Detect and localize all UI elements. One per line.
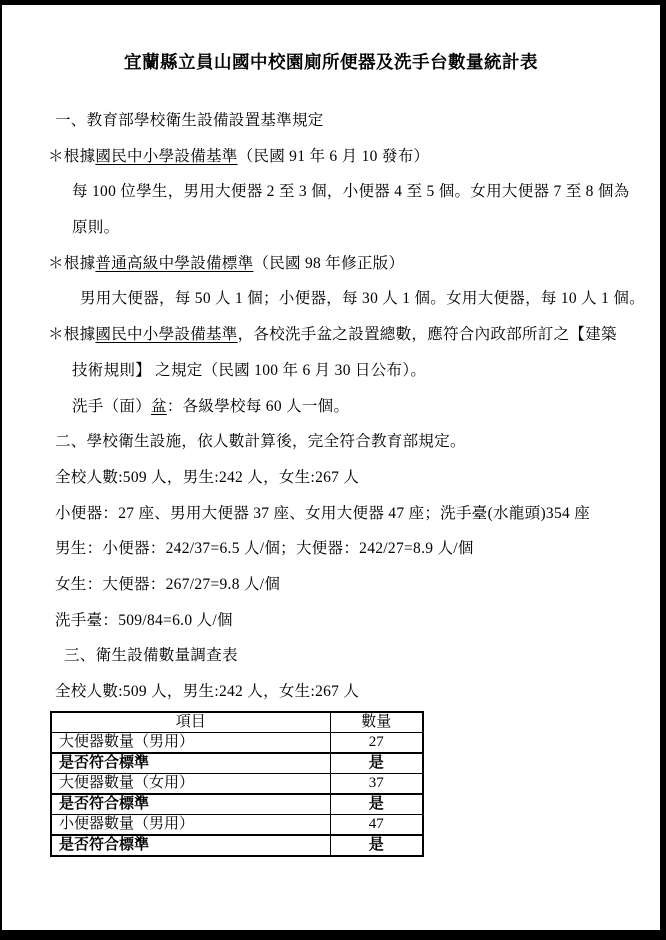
ratio-sink-segment-0: 洗手臺：509/84=6.0 人/個 xyxy=(55,612,233,629)
table-header-quantity: 數量 xyxy=(330,712,423,733)
table-row: 大便器數量（女用）37 xyxy=(51,773,423,794)
table-row: 是否符合標準是 xyxy=(51,835,423,856)
rule-3-source: ＊根據國民中小學設備基準，各校洗手盆之設置總數，應符合內政部所訂之【建築 xyxy=(2,317,660,353)
body-text-block: 一、教育部學校衛生設備設置基準規定＊根據國民中小學設備基準（民國 91 年 6 … xyxy=(2,103,660,710)
ratio-female-segment-0: 女生：大便器：267/27=9.8 人/個 xyxy=(55,576,280,593)
enrollment-summary-1: 全校人數:509 人，男生:242 人，女生:267 人 xyxy=(2,460,660,496)
table-row: 小便器數量（男用）47 xyxy=(51,814,423,835)
table-cell-item: 是否符合標準 xyxy=(51,794,330,815)
table-cell-quantity: 47 xyxy=(330,814,423,835)
sanitary-equipment-table: 項目 數量 大便器數量（男用）27是否符合標準是大便器數量（女用）37是否符合標… xyxy=(50,711,424,857)
rule-1-source-segment-2: （民國 91 年 6 月 10 發布） xyxy=(238,148,430,165)
section-2-heading: 二、學校衛生設施，依人數計算後，完全符合教育部規定。 xyxy=(2,424,660,460)
rule-2-source-segment-2: （民國 98 年修正版） xyxy=(253,255,404,272)
section-1-heading: 一、教育部學校衛生設備設置基準規定 xyxy=(2,103,660,139)
rule-1-detail-b-segment-0: 原則。 xyxy=(72,219,119,236)
page-title: 宜蘭縣立員山國中校園廁所便器及洗手台數量統計表 xyxy=(2,49,660,75)
enrollment-summary-1-segment-0: 全校人數:509 人，男生:242 人，女生:267 人 xyxy=(55,469,359,486)
table-cell-quantity: 是 xyxy=(330,794,423,815)
section-3-heading-segment-0: 三、衛生設備數量調查表 xyxy=(64,647,238,664)
rule-2-detail-segment-0: 男用大便器，每 50 人 1 個；小便器，每 30 人 1 個。女用大便器，每 … xyxy=(80,290,645,307)
table-cell-quantity: 37 xyxy=(330,773,423,794)
rule-1-source-segment-1: 國民中小學設備基準 xyxy=(95,148,237,165)
rule-3-detail-b-segment-2: ：各級學校每 60 人一個。 xyxy=(167,398,349,415)
section-2-heading-segment-0: 二、學校衛生設施，依人數計算後，完全符合教育部規定。 xyxy=(55,433,466,450)
enrollment-summary-2: 全校人數:509 人，男生:242 人，女生:267 人 xyxy=(2,674,660,710)
ratio-female: 女生：大便器：267/27=9.8 人/個 xyxy=(2,567,660,603)
table-row: 是否符合標準是 xyxy=(51,794,423,815)
rule-3-source-segment-0: ＊根據 xyxy=(48,326,95,343)
rule-3-source-segment-2: ，各校洗手盆之設置總數，應符合內政部所訂之【建築 xyxy=(238,326,617,343)
rule-3-detail-a-segment-0: 技術規則】 之規定（民國 100 年 6 月 30 日公布）。 xyxy=(72,362,426,379)
table-row: 是否符合標準是 xyxy=(51,753,423,774)
rule-3-detail-b: 洗手（面）盆：各級學校每 60 人一個。 xyxy=(2,389,660,425)
rule-2-detail: 男用大便器，每 50 人 1 個；小便器，每 30 人 1 個。女用大便器，每 … xyxy=(2,281,660,317)
rule-1-source-segment-0: ＊根據 xyxy=(48,148,95,165)
rule-2-source-segment-1: 普通高級中學設備標準 xyxy=(95,255,253,272)
table-cell-quantity: 是 xyxy=(330,753,423,774)
table-cell-quantity: 是 xyxy=(330,835,423,856)
document-page: 宜蘭縣立員山國中校園廁所便器及洗手台數量統計表 一、教育部學校衛生設備設置基準規… xyxy=(0,0,666,940)
section-3-heading: 三、衛生設備數量調查表 xyxy=(2,638,660,674)
fixture-counts: 小便器：27 座、男用大便器 37 座、女用大便器 47 座；洗手臺(水龍頭)3… xyxy=(2,496,660,532)
table-header-item: 項目 xyxy=(51,712,330,733)
table-cell-item: 大便器數量（女用） xyxy=(51,773,330,794)
rule-2-source: ＊根據普通高級中學設備標準（民國 98 年修正版） xyxy=(2,246,660,282)
rule-3-source-segment-1: 國民中小學設備基準 xyxy=(95,326,237,343)
rule-1-detail-a-segment-0: 每 100 位學生，男用大便器 2 至 3 個，小便器 4 至 5 個。女用大便… xyxy=(72,183,630,200)
section-1-heading-segment-0: 一、教育部學校衛生設備設置基準規定 xyxy=(55,112,324,129)
fixture-counts-segment-0: 小便器：27 座、男用大便器 37 座、女用大便器 47 座；洗手臺(水龍頭)3… xyxy=(55,505,590,522)
enrollment-summary-2-segment-0: 全校人數:509 人，男生:242 人，女生:267 人 xyxy=(55,683,359,700)
table-cell-item: 大便器數量（男用） xyxy=(51,732,330,753)
rule-2-source-segment-0: ＊根據 xyxy=(48,255,95,272)
table-header-row: 項目 數量 xyxy=(51,712,423,733)
table-cell-item: 是否符合標準 xyxy=(51,835,330,856)
rule-1-detail-a: 每 100 位學生，男用大便器 2 至 3 個，小便器 4 至 5 個。女用大便… xyxy=(2,174,660,210)
rule-3-detail-b-segment-1: 盆 xyxy=(151,398,167,415)
table-cell-item: 小便器數量（男用） xyxy=(51,814,330,835)
rule-1-source: ＊根據國民中小學設備基準（民國 91 年 6 月 10 發布） xyxy=(2,139,660,175)
rule-3-detail-a: 技術規則】 之規定（民國 100 年 6 月 30 日公布）。 xyxy=(2,353,660,389)
table-cell-item: 是否符合標準 xyxy=(51,753,330,774)
rule-1-detail-b: 原則。 xyxy=(2,210,660,246)
rule-3-detail-b-segment-0: 洗手（面） xyxy=(72,398,151,415)
table-row: 大便器數量（男用）27 xyxy=(51,732,423,753)
ratio-male-segment-0: 男生：小便器：242/37=6.5 人/個；大便器：242/27=8.9 人/個 xyxy=(55,540,474,557)
table-cell-quantity: 27 xyxy=(330,732,423,753)
ratio-male: 男生：小便器：242/37=6.5 人/個；大便器：242/27=8.9 人/個 xyxy=(2,531,660,567)
ratio-sink: 洗手臺：509/84=6.0 人/個 xyxy=(2,603,660,639)
